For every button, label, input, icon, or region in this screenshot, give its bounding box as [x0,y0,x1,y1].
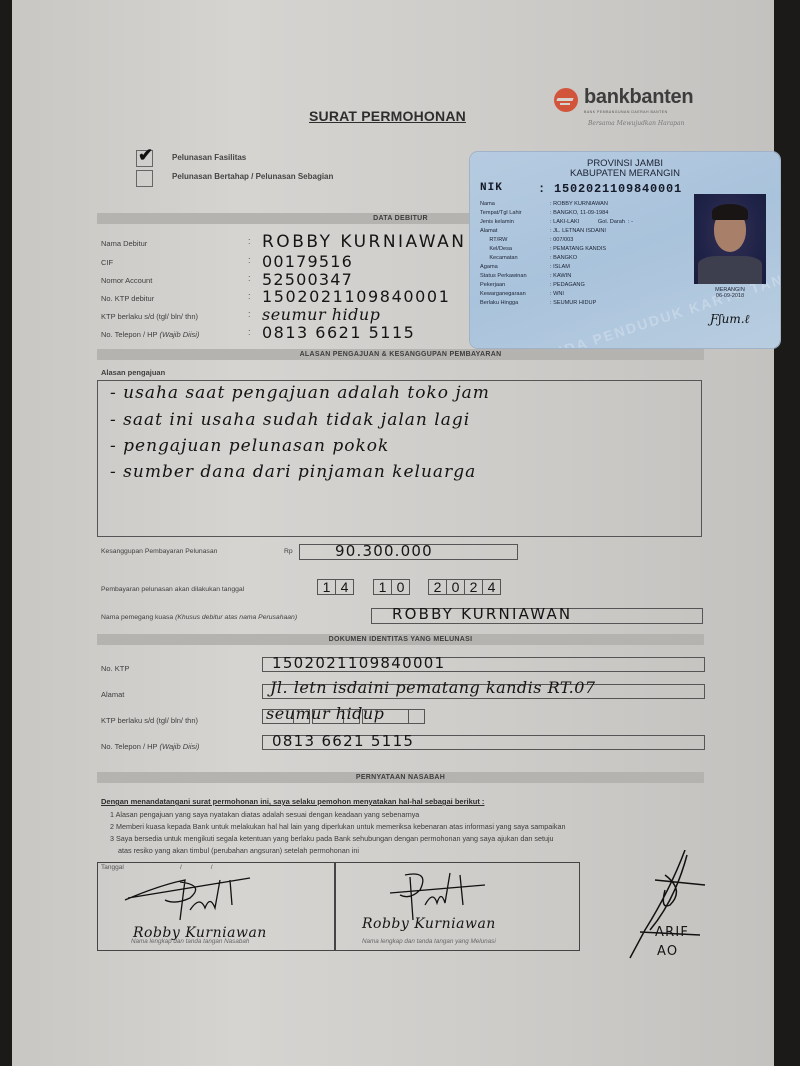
checkbox-pelunasan-fasilitas[interactable]: ✔ [136,150,153,167]
payer-ktp-berlaku-value: seumur hidup [266,704,384,723]
reason-line-3: - pengajuan pelunasan pokok [110,436,389,456]
id-signature: Ƒʃum.ℓ [710,312,750,327]
section-header-dokumen-identitas: DOKUMEN IDENTITAS YANG MELUNASI [97,634,704,645]
value-nama-debitur[interactable]: ROBBY KURNIAWAN [262,232,466,252]
page-title: SURAT PERMOHONAN [309,108,466,124]
statement-item-3-cont: atas resiko yang akan timbul (perubahan … [110,846,359,855]
label-tanggal-pelunasan: Pembayaran pelunasan akan dilakukan tang… [101,586,244,593]
statement-item-1: 1 Alasan pengajuan yang saya nyatakan di… [110,810,419,819]
label-no-ktp-debitur: No. KTP debitur [101,294,154,303]
label-payer-ktp-berlaku: KTP berlaku s/d (tgl/ bln/ thn) [101,716,198,725]
brand-name: bankbanten [584,86,693,109]
customer-signature-caption: Nama lengkap dan tanda tangan Nasabah [131,938,249,945]
proxy-value: ROBBY KURNIAWAN [392,605,572,623]
bank-logo-icon [554,88,578,112]
label-payer-no-ktp: No. KTP [101,664,129,673]
date-day-field[interactable]: 1 4 [317,579,354,595]
label-cif: CIF [101,258,113,267]
payer-telepon-value: 0813 6621 5115 [272,732,414,750]
id-regency: KABUPATEN MERANGIN [470,168,780,179]
officer-role: AO [657,944,678,959]
payer-ktp-value: 1502021109840001 [272,654,446,672]
statement-item-2: 2 Memberi kuasa kepada Bank untuk melaku… [110,822,565,831]
bank-logo: bankbanten BANK PEMBANGUNAN DAERAH BANTE… [554,86,694,136]
value-cif[interactable]: 00179516 [262,252,353,271]
statement-heading: Dengan menandatangani surat permohonan i… [101,797,484,806]
label-kesanggupan: Kesanggupan Pembayaran Pelunasan [101,548,217,555]
label-pemegang-kuasa: Nama pemegang kuasa (Khusus debitur atas… [101,614,297,621]
label-no-telepon: No. Telepon / HP (Wajib Diisi) [101,330,199,339]
payer-alamat-value: Jl. letn isdaini pematang kandis RT.07 [270,678,596,697]
value-no-ktp-debitur[interactable]: 1502021109840001 [262,287,450,306]
label-alasan-pengajuan: Alasan pengajuan [101,368,165,377]
customer-signature-icon [120,870,260,930]
section-header-alasan: ALASAN PENGAJUAN & KESANGGUPAN PEMBAYARA… [97,349,704,360]
payer-name-handwritten: Robby Kurniawan [362,916,496,932]
brand-tagline: Bersama Mewujudkan Harapan [588,120,684,127]
option-label-pelunasan-bertahap: Pelunasan Bertahap / Pelunasan Sebagian [172,172,333,181]
label-payer-alamat: Alamat [101,690,124,699]
id-nik-label: NIK [480,182,503,194]
ktp-id-card: KARTU TANDA PENDUDUK KARTU TANDA PENDUDU… [470,152,780,348]
brand-subtitle: BANK PEMBANGUNAN DAERAH BANTEN [584,110,668,114]
reason-line-2: - saat ini usaha sudah tidak jalan lagi [110,410,470,430]
option-label-pelunasan-fasilitas: Pelunasan Fasilitas [172,153,246,162]
id-issued-place: MERANGIN06-09-2018 [694,287,766,299]
statement-item-3: 3 Saya bersedia untuk mengikuti segala k… [110,834,554,843]
payment-amount-value: 90.300.000 [335,542,433,560]
checkbox-pelunasan-bertahap[interactable] [136,170,153,187]
section-header-pernyataan: PERNYATAAN NASABAH [97,772,704,783]
date-month-field[interactable]: 1 0 [373,579,410,595]
value-ktp-berlaku[interactable]: seumur hidup [262,305,380,324]
value-no-telepon[interactable]: 0813 6621 5115 [262,323,415,342]
label-ktp-berlaku: KTP berlaku s/d (tgl/ bln/ thn) [101,312,198,321]
label-payer-telepon: No. Telepon / HP (Wajib Diisi) [101,742,199,751]
id-photo [694,194,766,284]
label-nomor-account: Nomor Account [101,276,152,285]
label-nama-debitur: Nama Debitur [101,239,147,248]
id-nik-value: : 1502021109840001 [538,182,682,196]
reason-textarea[interactable] [97,380,702,537]
reason-line-1: - usaha saat pengajuan adalah toko jam [110,383,490,403]
payer-signature-caption: Nama lengkap dan tanda tangan yang Melun… [362,938,496,945]
check-icon: ✔ [138,149,153,161]
currency-label: Rp [284,548,293,555]
date-year-field[interactable]: 2 0 2 4 [428,579,501,595]
reason-line-4: - sumber dana dari pinjaman keluarga [110,462,476,482]
officer-name: ARIF [655,925,689,940]
